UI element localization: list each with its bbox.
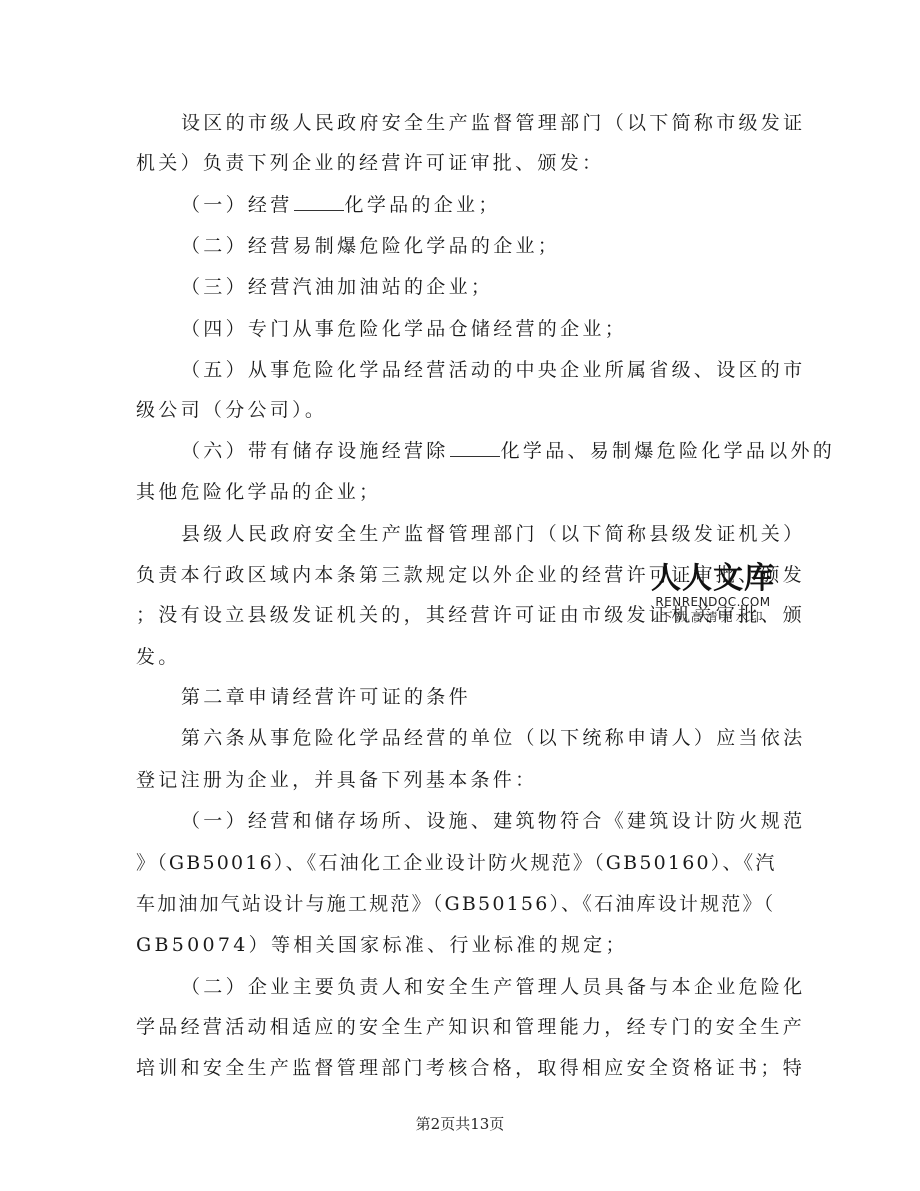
chapter-heading: 第二章申请经营许可证的条件	[181, 685, 471, 709]
paragraph-line: 登记注册为企业，并具备下列基本条件：	[136, 768, 537, 792]
paragraph-line: 发。	[136, 645, 181, 669]
list-item-line: （二）经营易制爆危险化学品的企业；	[181, 234, 560, 258]
list-item-line: （六）带有储存设施经营除化学品、易制爆危险化学品以外的	[181, 439, 835, 463]
fill-in-blank	[294, 194, 344, 211]
list-item-line: 》（GB50016）、《石油化工企业设计防火规范》（GB50160）、《汽	[136, 851, 777, 875]
paragraph-line: 设区的市级人民政府安全生产监督管理部门（以下简称市级发证	[181, 111, 805, 135]
paragraph-line: ；没有设立县级发证机关的，其经营许可证由市级发证机关审批、颁	[136, 603, 805, 627]
list-item-line: 级公司（分公司）。	[136, 398, 327, 422]
list-item-line: （二）企业主要负责人和安全生产管理人员具备与本企业危险化	[181, 975, 805, 999]
list-item-line: （三）经营汽油加油站的企业；	[181, 275, 493, 299]
page-indicator: 第2页共13页	[0, 1113, 920, 1134]
list-item-line: 培训和安全生产监督管理部门考核合格，取得相应安全资格证书；特	[136, 1056, 805, 1080]
list-item-line: （四）专门从事危险化学品仓储经营的企业；	[181, 317, 627, 341]
fill-in-blank	[450, 440, 500, 457]
paragraph-line: 机关）负责下列企业的经营许可证审批、颁发：	[136, 151, 604, 175]
list-item-line: 车加油加气站设计与施工规范》（GB50156）、《石油库设计规范》（	[136, 892, 775, 916]
document-page: 设区的市级人民政府安全生产监督管理部门（以下简称市级发证 机关）负责下列企业的经…	[0, 0, 920, 1191]
paragraph-line: 第六条从事危险化学品经营的单位（以下统称申请人）应当依法	[181, 726, 805, 750]
list-item-line: 学品经营活动相适应的安全生产知识和管理能力，经专门的安全生产	[136, 1015, 805, 1039]
line-text: 化学品的企业；	[345, 194, 501, 216]
line-text: 化学品、易制爆危险化学品以外的	[501, 440, 836, 462]
paragraph-line: 县级人民政府安全生产监督管理部门（以下简称县级发证机关）	[181, 522, 805, 546]
list-item-line: （五）从事危险化学品经营活动的中央企业所属省级、设区的市	[181, 358, 805, 382]
paragraph-line: 负责本行政区域内本条第三款规定以外企业的经营许可证审批、颁发	[136, 563, 805, 587]
line-text: （六）带有储存设施经营除	[181, 440, 449, 462]
line-text: （一）经营	[181, 194, 293, 216]
list-item-line: （一）经营和储存场所、设施、建筑物符合《建筑设计防火规范	[181, 809, 805, 833]
list-item-line: 其他危险化学品的企业；	[136, 480, 381, 504]
list-item-line: GB50074）等相关国家标准、行业标准的规定；	[136, 933, 628, 957]
list-item-line: （一）经营化学品的企业；	[181, 193, 501, 217]
